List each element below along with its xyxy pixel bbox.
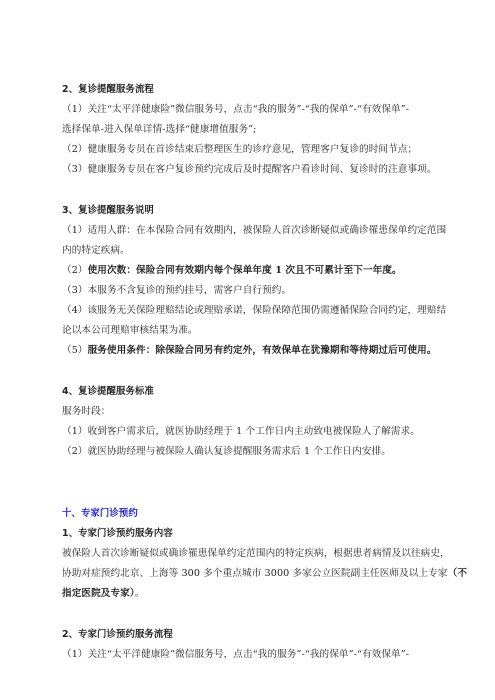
spacer bbox=[62, 604, 434, 625]
paragraph-line: 内的特定疾病。 bbox=[62, 241, 434, 261]
paragraph-line: 论以本公司理赔审核结果为准。 bbox=[62, 321, 434, 341]
item-prefix: （5） bbox=[62, 345, 88, 356]
paragraph-line: （1）关注“太平洋健康险”微信服务号，点击“我的服务”-“我的保单”-“有效保单… bbox=[62, 645, 434, 665]
paragraph-line: （1）关注“太平洋健康险”微信服务号，点击“我的服务”-“我的保单”-“有效保单… bbox=[62, 100, 434, 120]
paragraph-line: 选择保单-进入保单详情-选择“健康增值服务”; bbox=[62, 120, 434, 140]
paragraph-line: （5）服务使用条件：除保险合同另有约定外，有效保单在犹豫期和等待期过后可使用。 bbox=[62, 341, 434, 361]
bold-text: 使用次数：保险合同有效期内每个保单年度 1 次且不可累计至下一年度。 bbox=[88, 265, 402, 276]
section-heading: 3、复诊提醒服务说明 bbox=[62, 201, 434, 221]
bold-text: 指定医院及专家） bbox=[62, 588, 135, 599]
paragraph-line: 指定医院及专家）。 bbox=[62, 584, 434, 604]
spacer bbox=[62, 361, 434, 382]
item-prefix: （2） bbox=[62, 265, 88, 276]
paragraph-line: 协助对症预约北京、上海等 300 多个重点城市 3000 多家公立医院副主任医师… bbox=[62, 564, 434, 584]
chapter-heading: 十、专家门诊预约 bbox=[62, 504, 434, 524]
text: 。 bbox=[135, 588, 145, 599]
paragraph-line: （4）该服务无关保险理赔结论或理赔承诺，保险保障范围仍需遵循保险合同约定，理赔结 bbox=[62, 301, 434, 321]
section-heading: 2、专家门诊预约服务流程 bbox=[62, 625, 434, 645]
paragraph-line: （2）就医协助经理与被保险人确认复诊提醒服务需求后 1 个工作日内安排。 bbox=[62, 442, 434, 462]
bold-text: 服务使用条件：除保险合同另有约定外，有效保单在犹豫期和等待期过后可使用。 bbox=[88, 345, 437, 356]
section-heading: 1、专家门诊预约服务内容 bbox=[62, 524, 434, 544]
spacer bbox=[62, 180, 434, 201]
paragraph-line: （2）使用次数：保险合同有效期内每个保单年度 1 次且不可累计至下一年度。 bbox=[62, 261, 434, 281]
paragraph-line: （2）健康服务专员在首诊结束后整理医生的诊疗意见，管理客户复诊的时间节点； bbox=[62, 140, 434, 160]
section-heading: 4、复诊提醒服务标准 bbox=[62, 382, 434, 402]
paragraph-line: （1）适用人群：在本保险合同有效期内，被保险人首次诊断疑似或确诊罹患保单约定范围 bbox=[62, 221, 434, 241]
spacer bbox=[62, 462, 434, 504]
paragraph-line: 被保险人首次诊断疑似或确诊罹患保单约定范围内的特定疾病，根据患者病情及以往病史， bbox=[62, 544, 434, 564]
bold-text: （不 bbox=[448, 568, 467, 579]
document-page: 2、复诊提醒服务流程 （1）关注“太平洋健康险”微信服务号，点击“我的服务”-“… bbox=[62, 80, 434, 665]
section-heading: 2、复诊提醒服务流程 bbox=[62, 80, 434, 100]
paragraph-line: （3）健康服务专员在客户复诊预约完成后及时提醒客户看诊时间、复诊时的注意事项。 bbox=[62, 160, 434, 180]
paragraph-line: 服务时段： bbox=[62, 402, 434, 422]
paragraph-line: （1）收到客户需求后，就医协助经理于 1 个工作日内主动致电被保险人了解需求。 bbox=[62, 422, 434, 442]
paragraph-line: （3）本服务不含复诊的预约挂号，需客户自行预约。 bbox=[62, 281, 434, 301]
text: 协助对症预约北京、上海等 300 多个重点城市 3000 多家公立医院副主任医师… bbox=[62, 568, 448, 579]
